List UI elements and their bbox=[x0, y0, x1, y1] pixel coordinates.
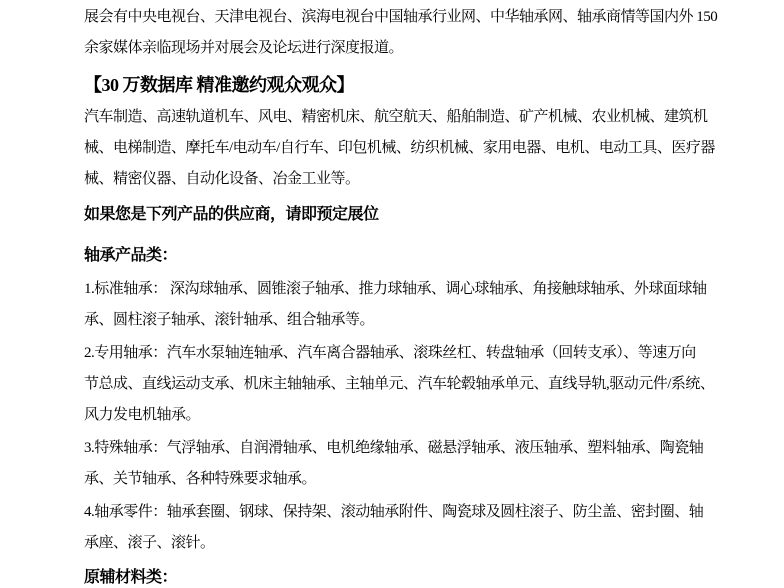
heading-text: 轴承产品类： bbox=[84, 239, 700, 272]
doc-line: 承、圆柱滚子轴承、滚针轴承、组合轴承等。 bbox=[84, 305, 700, 336]
doc-line: 4.轴承零件：轴承套圈、钢球、保持架、滚动轴承附件、陶瓷球及圆柱滚子、防尘盖、密… bbox=[84, 497, 700, 528]
doc-line: 承、关节轴承、各种特殊要求轴承。 bbox=[84, 464, 700, 495]
doc-line: 承座、滚子、滚针。 bbox=[84, 528, 700, 559]
document-page: 展会有中央电视台、天津电视台、滨海电视台中国轴承行业网、中华轴承网、轴承商情等国… bbox=[0, 0, 784, 588]
heading-text: 如果您是下列产品的供应商，请即预定展位 bbox=[84, 198, 700, 231]
list-item-bearing-parts: 4.轴承零件：轴承套圈、钢球、保持架、滚动轴承附件、陶瓷球及圆柱滚子、防尘盖、密… bbox=[84, 497, 700, 559]
heading-text: 【30 万数据库 精准邀约观众观众】 bbox=[84, 69, 700, 102]
paragraph-media-coverage: 展会有中央电视台、天津电视台、滨海电视台中国轴承行业网、中华轴承网、轴承商情等国… bbox=[84, 2, 700, 64]
doc-line: 风力发电机轴承。 bbox=[84, 400, 700, 431]
heading-database-audience: 【30 万数据库 精准邀约观众观众】 bbox=[84, 69, 700, 102]
doc-line: 械、精密仪器、自动化设备、冶金工业等。 bbox=[84, 164, 700, 195]
heading-supplier-invitation: 如果您是下列产品的供应商，请即预定展位 bbox=[84, 198, 700, 231]
heading-raw-materials: 原辅材料类： bbox=[84, 561, 700, 588]
list-item-special-bearings: 3.特殊轴承：气浮轴承、自润滑轴承、电机绝缘轴承、磁悬浮轴承、液压轴承、塑料轴承… bbox=[84, 433, 700, 495]
heading-text: 原辅材料类： bbox=[84, 561, 700, 588]
list-item-special-purpose-bearings: 2.专用轴承：汽车水泵轴连轴承、汽车离合器轴承、滚珠丝杠、转盘轴承（回转支承）、… bbox=[84, 338, 700, 431]
doc-line: 汽车制造、高速轨道机车、风电、精密机床、航空航天、船舶制造、矿产机械、农业机械、… bbox=[84, 102, 700, 133]
list-item-standard-bearings: 1.标准轴承： 深沟球轴承、圆锥滚子轴承、推力球轴承、调心球轴承、角接触球轴承、… bbox=[84, 274, 700, 336]
heading-bearing-products: 轴承产品类： bbox=[84, 239, 700, 272]
doc-line: 械、电梯制造、摩托车/电动车/自行车、印包机械、纺织机械、家用电器、电机、电动工… bbox=[84, 133, 700, 164]
paragraph-audience-industries: 汽车制造、高速轨道机车、风电、精密机床、航空航天、船舶制造、矿产机械、农业机械、… bbox=[84, 102, 700, 195]
doc-line: 节总成、直线运动支承、机床主轴轴承、主轴单元、汽车轮毂轴承单元、直线导轨,驱动元… bbox=[84, 369, 700, 400]
doc-line: 余家媒体亲临现场并对展会及论坛进行深度报道。 bbox=[84, 33, 700, 64]
doc-line: 2.专用轴承：汽车水泵轴连轴承、汽车离合器轴承、滚珠丝杠、转盘轴承（回转支承）、… bbox=[84, 338, 700, 369]
doc-line: 3.特殊轴承：气浮轴承、自润滑轴承、电机绝缘轴承、磁悬浮轴承、液压轴承、塑料轴承… bbox=[84, 433, 700, 464]
doc-line: 展会有中央电视台、天津电视台、滨海电视台中国轴承行业网、中华轴承网、轴承商情等国… bbox=[84, 2, 700, 33]
doc-line: 1.标准轴承： 深沟球轴承、圆锥滚子轴承、推力球轴承、调心球轴承、角接触球轴承、… bbox=[84, 274, 700, 305]
